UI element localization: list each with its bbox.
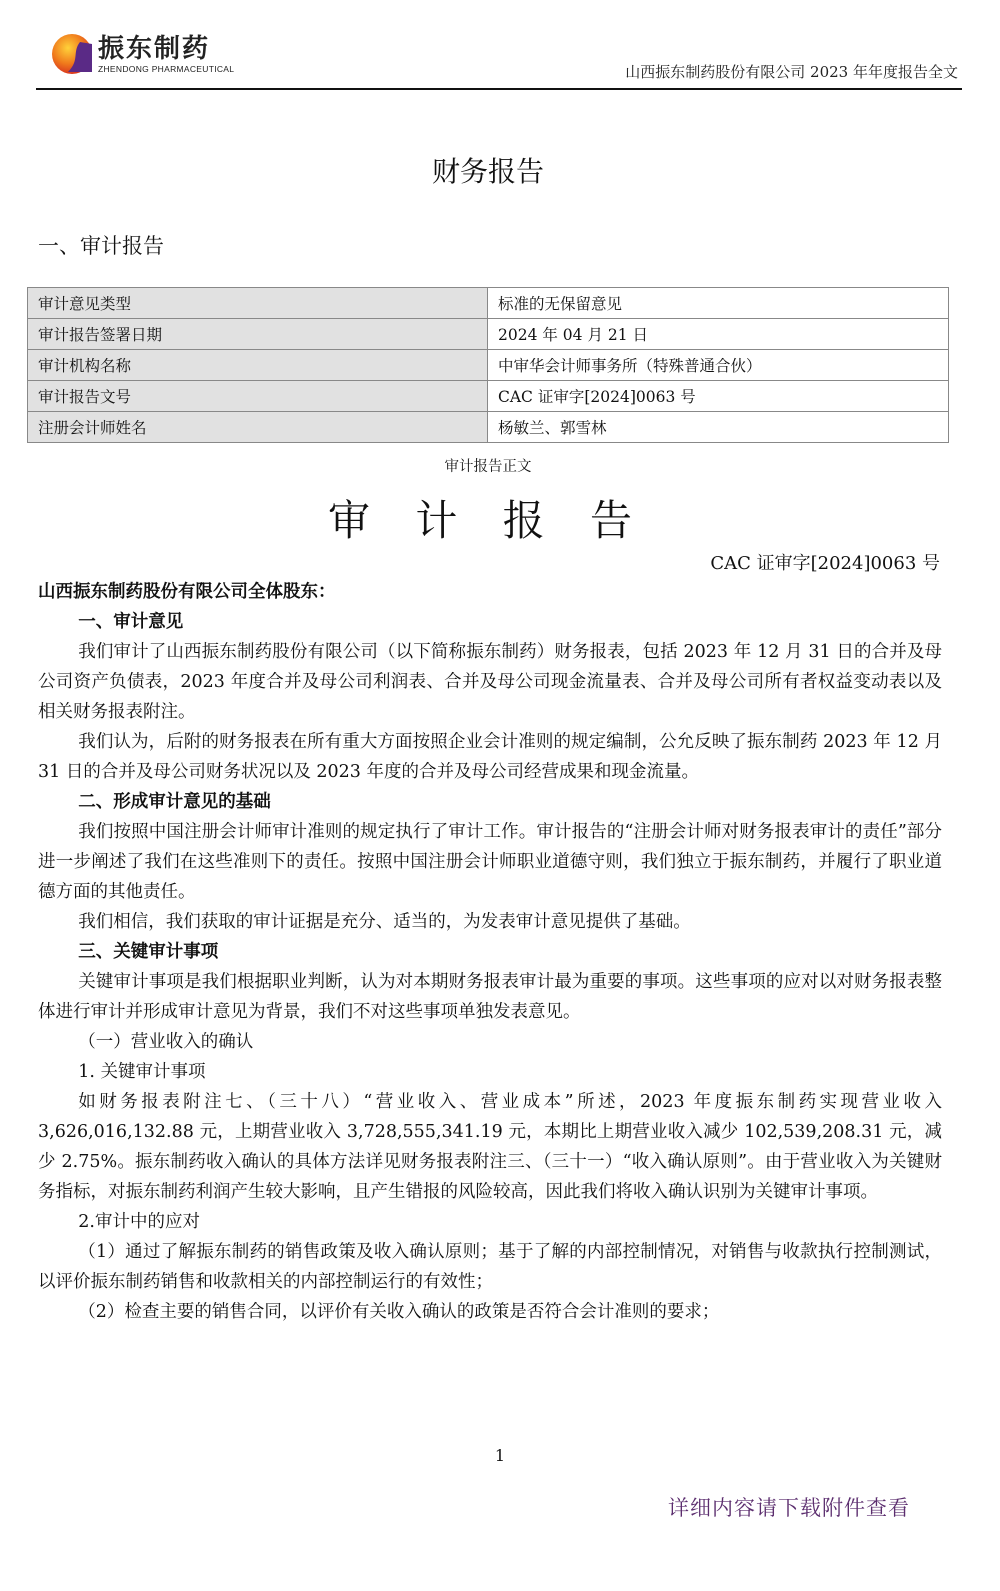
page-number: 1 [0, 1446, 1000, 1465]
paragraph: 我们审计了山西振东制药股份有限公司（以下简称振东制药）财务报表，包括 2023 … [38, 637, 942, 727]
paragraph: 关键审计事项是我们根据职业判断，认为对本期财务报表审计最为重要的事项。这些事项的… [38, 967, 942, 1027]
table-row: 审计报告文号 CAC 证审字[2024]0063 号 [28, 381, 949, 412]
subheading-key-matter: 1. 关键审计事项 [38, 1057, 942, 1087]
logo-chinese-name: 振东制药 [98, 34, 234, 64]
row-label: 审计报告签署日期 [28, 319, 488, 350]
row-value: 2024 年 04 月 21 日 [488, 319, 949, 350]
heading-key-matters: 三、关键审计事项 [38, 937, 942, 967]
download-attachment-link[interactable]: 详细内容请下载附件查看 [668, 1492, 910, 1522]
row-label: 审计意见类型 [28, 288, 488, 319]
subheading-response: 2.审计中的应对 [38, 1207, 942, 1237]
table-row: 注册会计师姓名 杨敏兰、郭雪林 [28, 412, 949, 443]
running-header-title: 山西振东制药股份有限公司 2023 年年度报告全文 [625, 61, 958, 82]
paragraph: （2）检查主要的销售合同，以评价有关收入确认的政策是否符合会计准则的要求； [38, 1297, 942, 1327]
sun-logo-icon [50, 32, 94, 76]
table-row: 审计意见类型 标准的无保留意见 [28, 288, 949, 319]
row-value: 中审华会计师事务所（特殊普通合伙） [488, 350, 949, 381]
report-caption: 审计报告正文 [0, 455, 976, 476]
paragraph: 我们按照中国注册会计师审计准则的规定执行了审计工作。审计报告的“注册会计师对财务… [38, 817, 942, 907]
section-heading: 一、审计报告 [38, 230, 164, 260]
table-row: 审计报告签署日期 2024 年 04 月 21 日 [28, 319, 949, 350]
addressee: 山西振东制药股份有限公司全体股东： [38, 577, 942, 607]
row-value: 标准的无保留意见 [488, 288, 949, 319]
paragraph: （1）通过了解振东制药的销售政策及收入确认原则；基于了解的内部控制情况，对销售与… [38, 1237, 942, 1297]
page-title: 财务报告 [0, 150, 976, 190]
report-reference-number: CAC 证审字[2024]0063 号 [710, 549, 940, 575]
row-value: 杨敏兰、郭雪林 [488, 412, 949, 443]
report-title: 审 计 报 告 [0, 488, 976, 548]
paragraph: 如财务报表附注七、（三十八）“营业收入、营业成本”所述，2023 年度振东制药实… [38, 1087, 942, 1207]
heading-basis: 二、形成审计意见的基础 [38, 787, 942, 817]
report-body: 山西振东制药股份有限公司全体股东： 一、审计意见 我们审计了山西振东制药股份有限… [38, 577, 942, 1327]
page-header: 振东制药 ZHENDONG PHARMACEUTICAL 山西振东制药股份有限公… [36, 28, 962, 90]
company-logo: 振东制药 ZHENDONG PHARMACEUTICAL [50, 32, 234, 76]
row-label: 审计机构名称 [28, 350, 488, 381]
row-value: CAC 证审字[2024]0063 号 [488, 381, 949, 412]
heading-audit-opinion: 一、审计意见 [38, 607, 942, 637]
audit-info-table: 审计意见类型 标准的无保留意见 审计报告签署日期 2024 年 04 月 21 … [27, 287, 949, 443]
subheading-revenue: （一）营业收入的确认 [38, 1027, 942, 1057]
paragraph: 我们认为，后附的财务报表在所有重大方面按照企业会计准则的规定编制，公允反映了振东… [38, 727, 942, 787]
row-label: 注册会计师姓名 [28, 412, 488, 443]
paragraph: 我们相信，我们获取的审计证据是充分、适当的，为发表审计意见提供了基础。 [38, 907, 942, 937]
table-row: 审计机构名称 中审华会计师事务所（特殊普通合伙） [28, 350, 949, 381]
row-label: 审计报告文号 [28, 381, 488, 412]
logo-english-name: ZHENDONG PHARMACEUTICAL [98, 64, 234, 74]
